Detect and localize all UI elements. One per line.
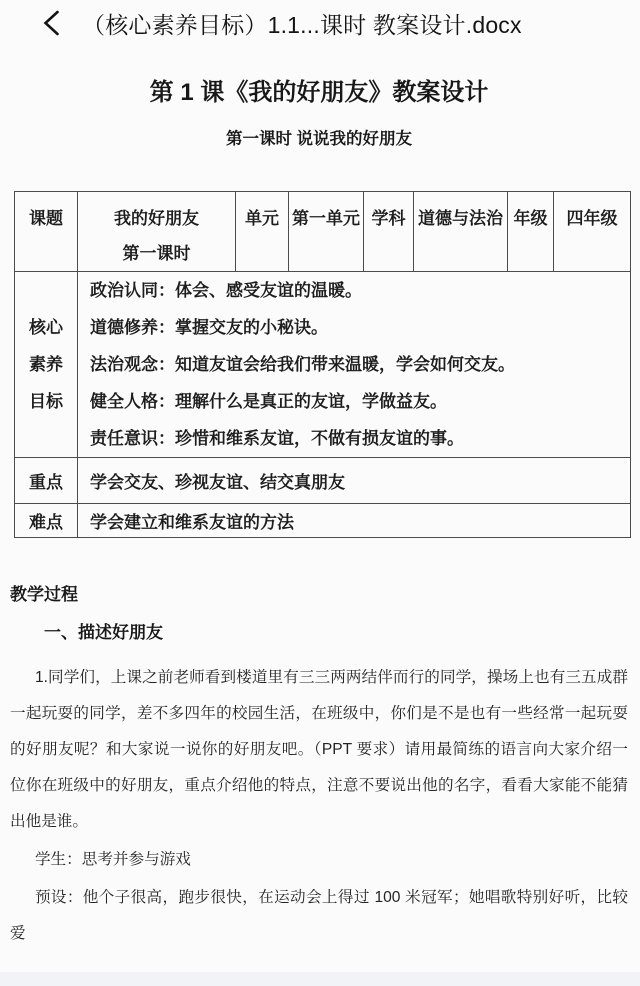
teaching-process-section: 教学过程 一、描述好朋友 1.同学们，上课之前老师看到楼道里有三三两两结伴而行的…	[8, 582, 630, 952]
grade-label-cell: 年级	[508, 192, 554, 272]
unit-label-cell: 单元	[236, 192, 289, 272]
process-paragraph: 1.同学们，上课之前老师看到楼道里有三三两两结伴而行的同学，操场上也有三五成群一…	[10, 660, 628, 840]
table-row-topic: 课题 我的好朋友 第一课时 单元 第一单元 学科 道德与法治 年级 四年级	[15, 192, 631, 272]
unit-value-cell: 第一单元	[289, 192, 364, 272]
topic-value-line1: 我的好朋友	[78, 201, 235, 236]
core-goals-label-line: 目标	[15, 383, 77, 420]
key-points-label-cell: 重点	[15, 458, 78, 504]
topic-value-cell: 我的好朋友 第一课时	[78, 192, 236, 272]
document-file-title: （核心素养目标）1.1...课时 教案设计.docx	[82, 7, 630, 40]
subject-value-cell: 道德与法治	[414, 192, 508, 272]
student-activity-line: 学生：思考并参与游戏	[10, 842, 628, 878]
document-page: 第 1 课《我的好朋友》教案设计 第一课时 说说我的好朋友 课题 我的好朋友 第…	[0, 72, 640, 952]
core-goal-item: 责任意识：珍惜和维系友谊，不做有损友谊的事。	[90, 420, 630, 457]
app-bar: （核心素养目标）1.1...课时 教案设计.docx	[0, 0, 640, 46]
bottom-toolbar-edge	[0, 972, 640, 986]
table-row-core-goals: 核心 素养 目标 政治认同：体会、感受友谊的温暖。 道德修养：掌握交友的小秘诀。…	[15, 272, 631, 458]
core-goal-item: 法治观念：知道友谊会给我们带来温暖，学会如何交友。	[90, 346, 630, 383]
core-goals-label-line: 核心	[15, 309, 77, 346]
core-goal-item: 政治认同：体会、感受友谊的温暖。	[90, 272, 630, 309]
difficulties-label-cell: 难点	[15, 504, 78, 538]
core-goal-item: 道德修养：掌握交友的小秘诀。	[90, 309, 630, 346]
core-goals-value-cell: 政治认同：体会、感受友谊的温暖。 道德修养：掌握交友的小秘诀。 法治观念：知道友…	[78, 272, 631, 458]
lesson-title: 第 1 课《我的好朋友》教案设计	[8, 72, 630, 107]
grade-value-cell: 四年级	[554, 192, 631, 272]
lesson-subtitle: 第一课时 说说我的好朋友	[8, 125, 630, 149]
chevron-left-icon	[42, 10, 60, 36]
lesson-info-table: 课题 我的好朋友 第一课时 单元 第一单元 学科 道德与法治 年级 四年级 核心	[14, 191, 631, 538]
process-heading: 教学过程	[10, 582, 628, 608]
back-button[interactable]	[38, 6, 64, 40]
core-goals-label-cell: 核心 素养 目标	[15, 272, 78, 458]
core-goal-item: 健全人格：理解什么是真正的友谊，学做益友。	[90, 383, 630, 420]
topic-label-cell: 课题	[15, 192, 78, 272]
difficulties-value-cell: 学会建立和维系友谊的方法	[78, 504, 631, 538]
subject-label-cell: 学科	[364, 192, 414, 272]
table-row-key-points: 重点 学会交友、珍视友谊、结交真朋友	[15, 458, 631, 504]
process-section-title: 一、描述好朋友	[44, 620, 628, 646]
preset-answer-line: 预设：他个子很高，跑步很快，在运动会上得过 100 米冠军；她唱歌特别好听，比较…	[10, 880, 628, 952]
topic-value-line2: 第一课时	[78, 236, 235, 271]
core-goals-label-line: 素养	[15, 346, 77, 383]
key-points-value-cell: 学会交友、珍视友谊、结交真朋友	[78, 458, 631, 504]
document-viewer: （核心素养目标）1.1...课时 教案设计.docx 第 1 课《我的好朋友》教…	[0, 0, 640, 986]
table-row-difficulties: 难点 学会建立和维系友谊的方法	[15, 504, 631, 538]
